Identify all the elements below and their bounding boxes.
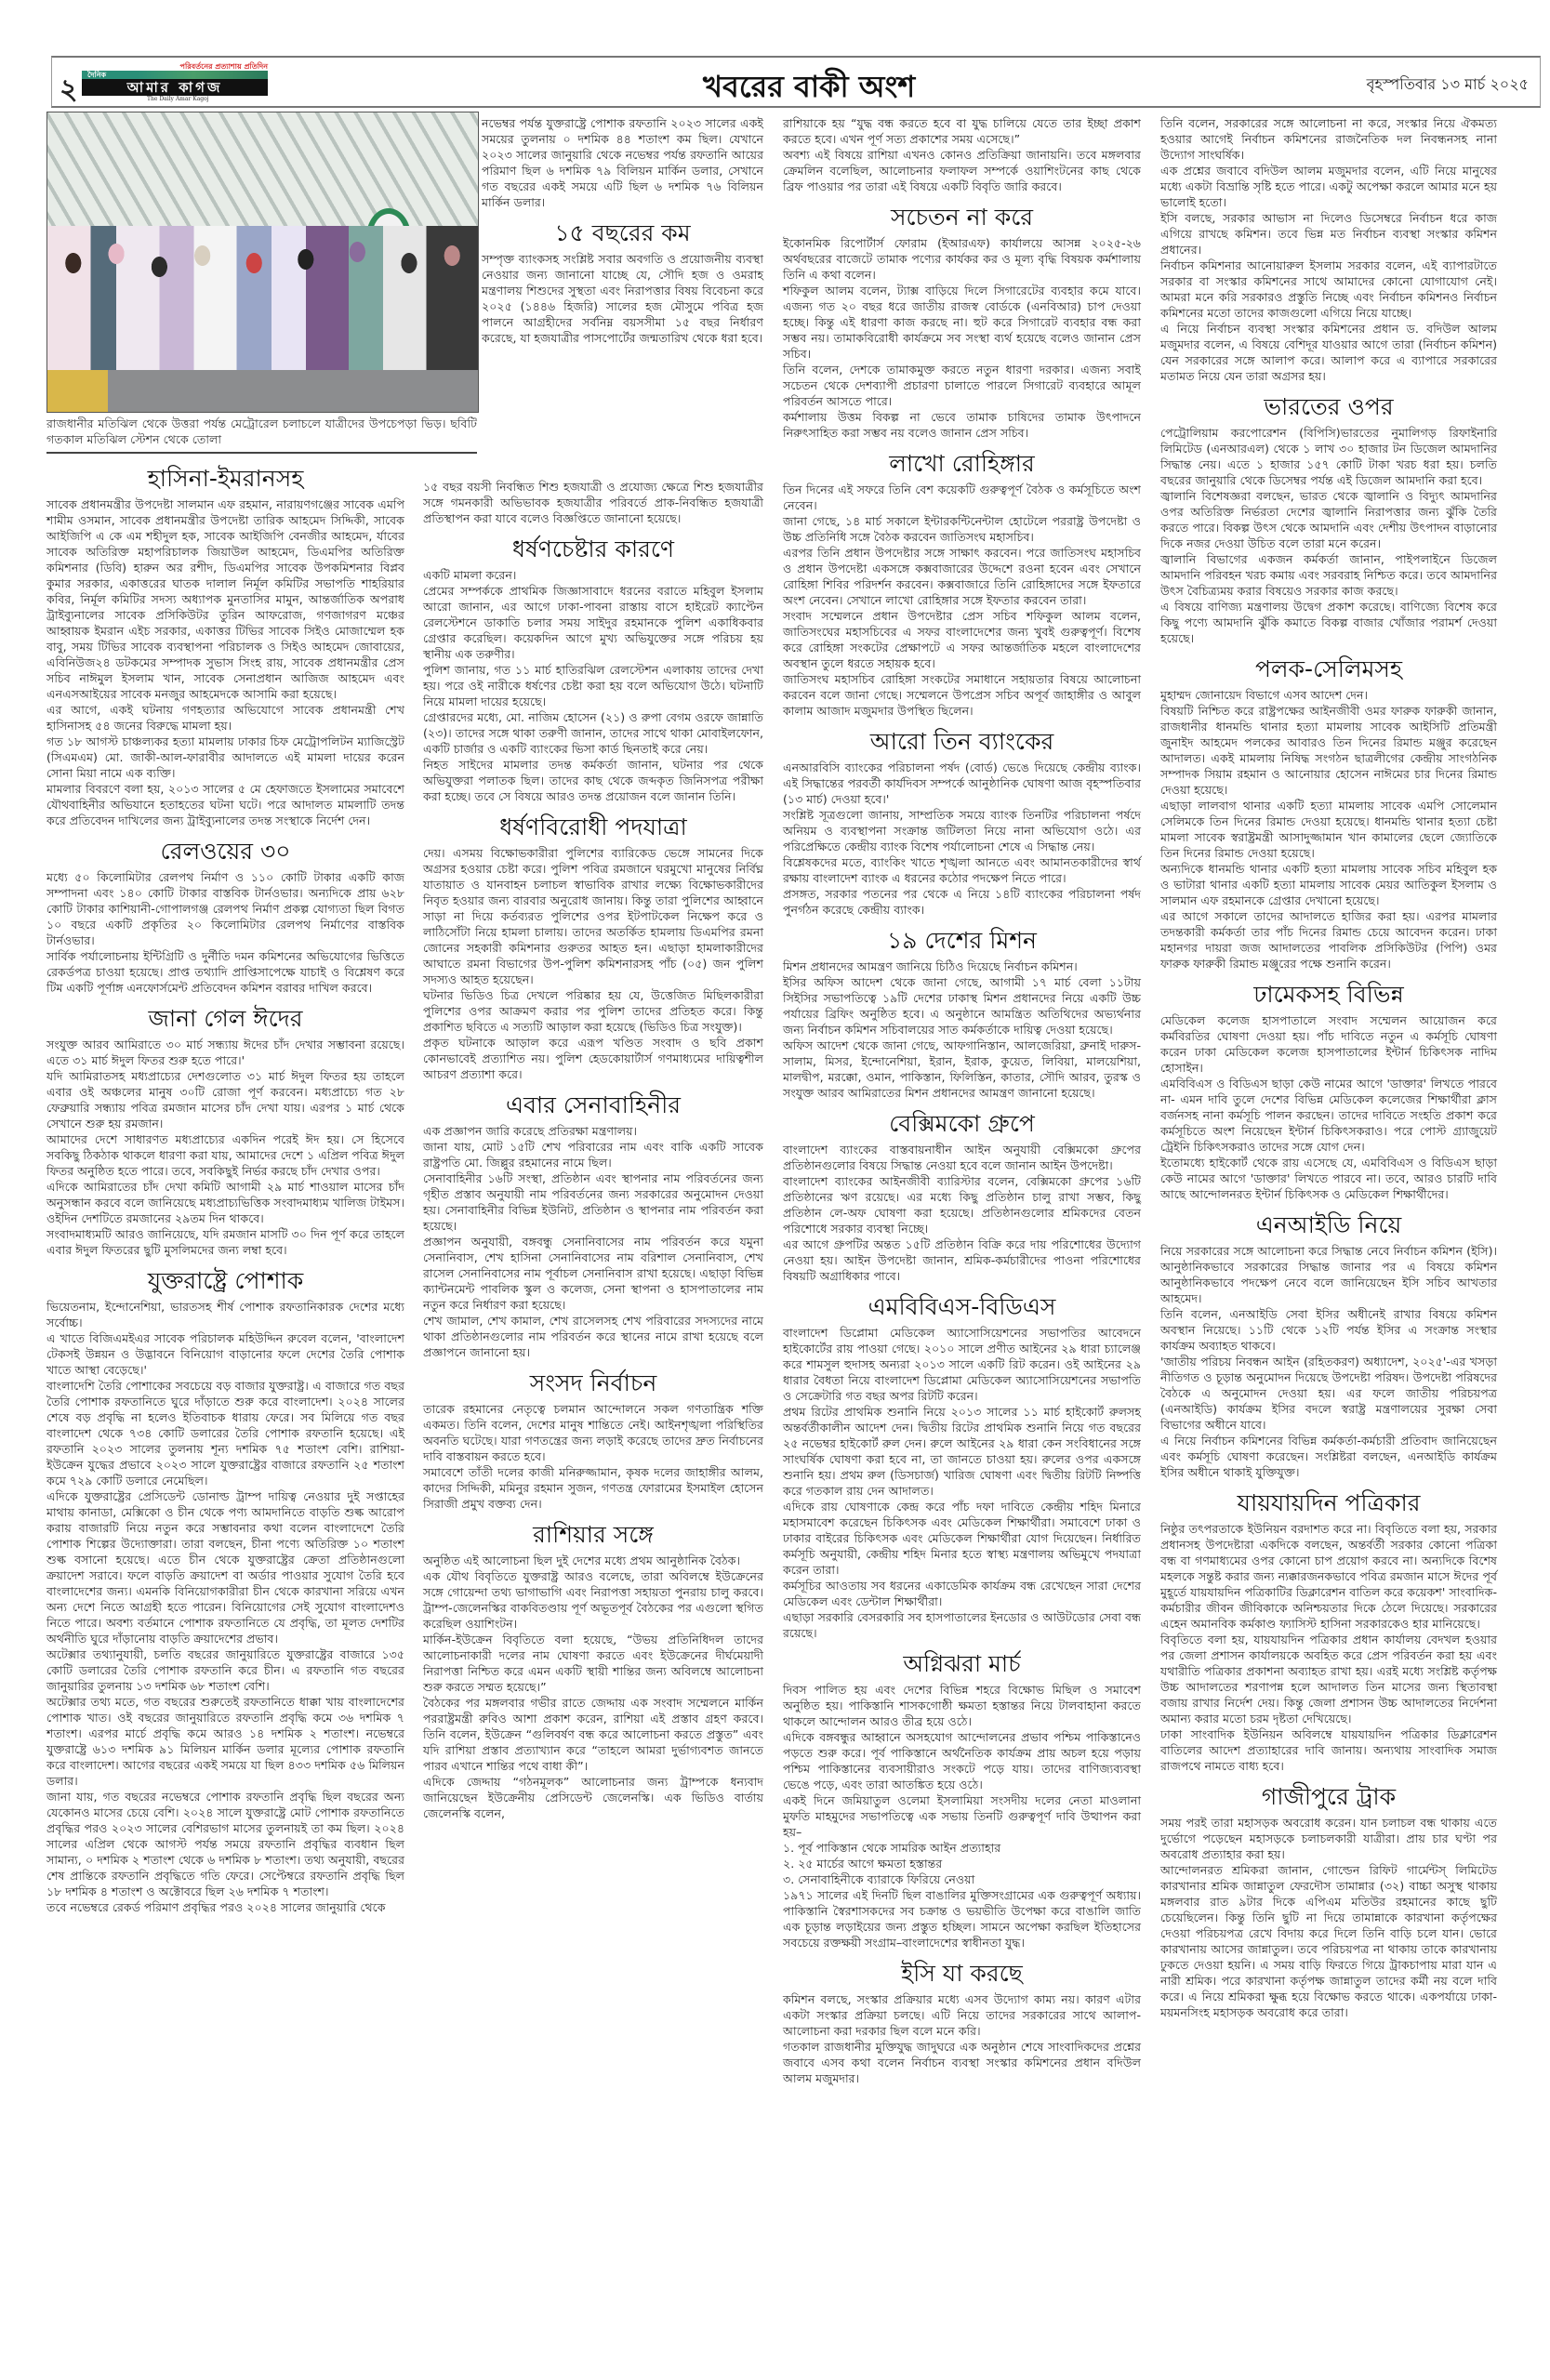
article-rape-attempt: ধর্ষণচেষ্টার কারণে একটি মামলা করেন। প্রে… — [423, 534, 763, 804]
paragraph: সাবেক প্রধানমন্ত্রীর উপদেষ্টা সালমান এফ … — [46, 496, 404, 702]
column-3: রাশিয়াকে হয় “যুদ্ধ বন্ধ করতে হবে বা যু… — [783, 115, 1141, 2086]
paragraph: এ নিয়ে নির্বাচন ব্যবস্থা সংস্কার কমিশনে… — [1160, 321, 1497, 384]
paragraph: জানা যায়, গত বছরের নভেম্বরে পোশাক রফতান… — [46, 1789, 404, 1899]
paragraph: 'জাতীয় পরিচয় নিবন্ধন আইন (রহিতকরণ) অধ্… — [1160, 1354, 1497, 1433]
paragraph: ইসির অফিস আদেশ থেকে জানা গেছে, আগামী ১৭ … — [783, 974, 1141, 1038]
paragraph: দিবস পালিত হয় এবং দেশের বিভিন্ন শহরে বি… — [783, 1682, 1141, 1729]
headline: ১৫ বছরের কম — [482, 218, 763, 249]
paragraph: প্রকৃত ঘটনাকে আড়াল করে এরূপ খণ্ডিত সংবা… — [423, 1035, 763, 1082]
masthead-logo: পরিবর্তনের প্রত্যাশায় প্রতিদিন দৈনিক আম… — [82, 61, 268, 102]
paragraph: মুহাম্মদ জোনায়েদ বিভাগে এসব আদেশ দেন। — [1160, 687, 1497, 703]
paragraph: অনুষ্ঠিত এই আলোচনা ছিল দুই দেশের মধ্যে প… — [423, 1553, 763, 1568]
article-us-garments: যুক্তরাষ্ট্রে পোশাক ভিয়েতনাম, ইন্দোনেশি… — [46, 1265, 404, 1915]
paragraph: এছাড়া সরকারি বেসরকারি সব হাসপাতালের ইনড… — [783, 1609, 1141, 1641]
paragraph: প্রথম রিটের প্রাথমিক শুনানি নিয়ে ২০১৩ স… — [783, 1404, 1141, 1499]
issue-date: বৃহস্পতিবার ১৩ মার্চ ২০২৫ — [1367, 73, 1529, 98]
paragraph: বিষয়টি নিশ্চিত করে রাষ্ট্রপক্ষের আইনজীব… — [1160, 703, 1497, 798]
paragraph: তিনি বলেন, দেশকে তামাকমুক্ত করতে নতুন ধা… — [783, 362, 1141, 409]
paragraph: আমাদের দেশে সাধারণত মধ্যপ্রাচ্যের একদিন … — [46, 1131, 404, 1179]
paragraph: তিনি বলেন, সরকারের সঙ্গে আলোচনা না করে, … — [1160, 115, 1497, 163]
paragraph: নিয়ে সরকারের সঙ্গে আলোচনা করে সিদ্ধান্ত… — [1160, 1243, 1497, 1306]
paragraph: ইসি বলছে, সরকার আভাস না দিলেও ডিসেম্বরে … — [1160, 210, 1497, 258]
paragraph: গত ১৮ আগস্ট চাঞ্চল্যকর হত্যা মামলায় ঢাক… — [46, 734, 404, 781]
paragraph: বিশ্লেষকদের মতে, ব্যাংকিং খাতে শৃঙ্খলা আ… — [783, 854, 1141, 886]
page-header: ২ পরিবর্তনের প্রত্যাশায় প্রতিদিন দৈনিক … — [51, 56, 1541, 108]
paragraph: দেয়। এসময় বিক্ষোভকারীরা পুলিশের ব্যারি… — [423, 845, 763, 987]
paragraph: ইতোমধ্যে হাইকোর্ট থেকে রায় এসেছে যে, এম… — [1160, 1155, 1497, 1202]
paragraph: এদিকে বঙ্গবন্ধুর আহ্বানে অসহযোগ আন্দোলনে… — [783, 1729, 1141, 1792]
headline: এবার সেনাবাহিনীর — [423, 1090, 763, 1121]
paragraph: এরপর তিনি প্রধান উপদেষ্টার সঙ্গে সাক্ষাৎ… — [783, 545, 1141, 608]
article-gazipur-truck: গাজীপুরে ট্রাক সময় পরই তারা মহাসড়ক অবর… — [1160, 1781, 1497, 2020]
paragraph: তবে নভেম্বরে রেকর্ড পরিমাণ প্রবৃদ্ধির পর… — [46, 1899, 404, 1915]
paragraph: এর আগে, একই ঘটনায় গণহত্যার অভিযোগে সাবে… — [46, 702, 404, 734]
article-beximco: বেক্সিমকো গ্রুপে বাংলাদেশ ব্যাংকের বাস্ত… — [783, 1108, 1141, 1284]
paragraph: একই দিনে জমিয়াতুল ওলেমা ইসলামিয়া সংসদী… — [783, 1792, 1141, 1840]
logo-english: The Daily Amar Kagoj — [147, 96, 209, 102]
paragraph: সংশ্লিষ্ট সূত্রগুলো জানায়, সাম্প্রতিক স… — [783, 807, 1141, 854]
headline: হাসিনা-ইমরানসহ — [46, 463, 404, 495]
platform-floor — [47, 370, 478, 412]
paragraph: জ্বালানি বিভাগের একজন কর্মকর্তা জানান, প… — [1160, 551, 1497, 599]
paragraph: অন্যদিকে ধানমন্ডি থানার একটি হত্যা মামলা… — [1160, 861, 1497, 908]
paragraph: নির্বাচন কমিশনার আনোয়ারুল ইসলাম সরকার ব… — [1160, 258, 1497, 321]
page-number: ২ — [60, 67, 78, 114]
logo-name: আমার কাগজ — [82, 79, 268, 96]
paragraph: সংযুক্ত আরব আমিরাতে ৩০ মার্চ সন্ধ্যায় ঈ… — [46, 1037, 404, 1068]
paragraph: পেট্রোলিয়াম করপোরেশন (বিপিসি)ভারতের নুম… — [1160, 425, 1497, 488]
paragraph: জাতিসংঘ মহাসচিব রোহিঙ্গা সংকটের সমাধানে … — [783, 671, 1141, 719]
headline: রাশিয়ার সঙ্গে — [423, 1519, 763, 1551]
paragraph: কর্মশালায় উত্তম বিকল্প না ভেবে তামাক চা… — [783, 409, 1141, 441]
list-item: ৩. সেনাবাহিনীকে ব্যারাকে ফিরিয়ে নেওয়া — [783, 1871, 1141, 1887]
paragraph: সমাবেশে তাঁতী দলের কাজী মনিরুজ্জামান, কৃ… — [423, 1464, 763, 1512]
paragraph: অফিস আদেশ থেকে জানা গেছে, আফগানিস্তান, আ… — [783, 1038, 1141, 1101]
section-title: খবরের বাকী অংশ — [703, 63, 915, 113]
paragraph: ১৫ বছর বয়সী নিবন্ধিত শিশু হজযাত্রী ও প্… — [423, 479, 763, 526]
paragraph: জানা যায়, মোট ১৫টি শেখ পরিবারের নাম এবং… — [423, 1139, 763, 1170]
headline: পলক-সেলিমসহ — [1160, 654, 1497, 685]
paragraph: প্রসঙ্গত, সরকার পতনের পর থেকে এ নিয়ে ১৪… — [783, 886, 1141, 918]
paragraph: নভেম্বর পর্যন্ত যুক্তরাষ্ট্রে পোশাক রফতা… — [482, 115, 763, 210]
paragraph: কর্মসূচির আওতায় সব ধরনের একাডেমিক কার্য… — [783, 1578, 1141, 1609]
headline: যায়যায়দিন পত্রিকার — [1160, 1487, 1497, 1519]
article-army-renaming: এবার সেনাবাহিনীর এক প্রজ্ঞাপন জারি করেছে… — [423, 1090, 763, 1360]
article-hasina-imran: হাসিনা-ইমরানসহ সাবেক প্রধানমন্ত্রীর উপদে… — [46, 463, 404, 828]
column-1: হাসিনা-ইমরানসহ সাবেক প্রধানমন্ত্রীর উপদে… — [46, 456, 404, 1915]
headline: ১৯ দেশের মিশন — [783, 925, 1141, 957]
paragraph: যদি আমিরাতসহ মধ্যপ্রাচ্যের দেশগুলোত ৩১ ম… — [46, 1068, 404, 1131]
paragraph: প্রজ্ঞাপন অনুযায়ী, বঙ্গবন্ধু সেনানিবাসে… — [423, 1234, 763, 1313]
paragraph: এ নিয়ে নির্বাচন কমিশনের বিভিন্ন কর্মকর্… — [1160, 1433, 1497, 1480]
paragraph: এর আগে গ্রুপটির অন্তত ১৫টি প্রতিষ্ঠান বি… — [783, 1236, 1141, 1284]
newspaper-page: ২ পরিবর্তনের প্রত্যাশায় প্রতিদিন দৈনিক … — [0, 0, 1550, 2380]
article-rohingya: লাখো রোহিঙ্গার তিন দিনের এই সফরে তিনি বে… — [783, 448, 1141, 719]
paragraph: বাংলাদেশি তৈরি পোশাকের সবচেয়ে বড় বাজার… — [46, 1378, 404, 1488]
paragraph: এদিকে যুক্তরাষ্ট্রের প্রেসিডেন্ট ডোনাল্ড… — [46, 1488, 404, 1646]
article-eid-moon: জানা গেল ঈদের সংযুক্ত আরব আমিরাতে ৩০ মার… — [46, 1003, 404, 1258]
paragraph: অটেক্সার তথ্য মতে, গত বছরের শুরুতেই রফতা… — [46, 1694, 404, 1789]
paragraph: এ বিষয়ে বাণিজ্য মন্ত্রণালয় উদ্বেগ প্রক… — [1160, 599, 1497, 646]
article-parliament-election: সংসদ নির্বাচন তারেক রহমানের নেতৃত্বে চলম… — [423, 1368, 763, 1512]
paragraph: কমিশন বলছে, সংস্কার প্রক্রিয়ার মধ্যে এস… — [783, 1991, 1141, 2039]
paragraph: ইকোনমিক রিপোর্টার্স ফোরাম (ইআরএফ) কার্যা… — [783, 235, 1141, 283]
paragraph: এক প্রজ্ঞাপন জারি করেছে প্রতিরক্ষা মন্ত্… — [423, 1123, 763, 1139]
paragraph: সার্বিক পর্যালোচনায় ইন্টিগ্রিটি ও দুর্ন… — [46, 948, 404, 996]
paragraph: শেখ জামাল, শেখ কামাল, শেখ রাসেলসহ শেখ পর… — [423, 1313, 763, 1360]
headline: জানা গেল ঈদের — [46, 1003, 404, 1035]
divider — [46, 452, 477, 454]
column-2: ১৫ বছর বয়সী নিবন্ধিত শিশু হজযাত্রী ও প্… — [423, 479, 763, 1821]
paragraph: এ খাতে বিজিএমইএর সাবেক পরিচালক মহিউদ্দিন… — [46, 1330, 404, 1378]
paragraph: এর আগে সকালে তাদের আদালতে হাজির করা হয়।… — [1160, 908, 1497, 972]
paragraph: মার্কিন-ইউক্রেন বিবৃতিতে বলা হয়েছে, “উভ… — [423, 1632, 763, 1695]
paragraph: প্রেমের সম্পর্ককে প্রাথমিক জিজ্ঞাসাবাদে … — [423, 583, 763, 662]
headline: বেক্সিমকো গ্রুপে — [783, 1108, 1141, 1140]
article-three-banks: আরো তিন ব্যাংকের এনআরবিসি ব্যাংকের পরিচা… — [783, 726, 1141, 918]
paragraph: আন্দোলনরত শ্রমিকরা জানান, গোল্ডেন রিফিট … — [1160, 1862, 1497, 2020]
paragraph: মধ্যে ৫০ কিলোমিটার রেলপথ নির্মাণ ও ১১০ ক… — [46, 869, 404, 948]
paragraph: ঘটনার ভিডিও চিত্র দেখলে পরিষ্কার হয় যে,… — [423, 987, 763, 1035]
article-over-india: ভারতের ওপর পেট্রোলিয়াম করপোরেশন (বিপিসি… — [1160, 391, 1497, 646]
paragraph: সেনাবাহিনীর ১৬টি সংস্থা, প্রতিষ্ঠান এবং … — [423, 1170, 763, 1234]
paragraph: গ্রেপ্তারদের মধ্যে, মো. নাজিম হোসেন (২১)… — [423, 709, 763, 757]
article-palak-selim: পলক-সেলিমসহ মুহাম্মদ জোনায়েদ বিভাগে এসব… — [1160, 654, 1497, 972]
paragraph: ১৯৭১ সালের এই দিনটি ছিল বাঙালির মুক্তিসং… — [783, 1887, 1141, 1950]
paragraph: বাংলাদেশ ডিপ্লোমা মেডিকেল অ্যাসোসিয়েশনে… — [783, 1325, 1141, 1404]
list-item: ১. পূর্ব পাকিস্তান থেকে সামরিক আইন প্রত্… — [783, 1840, 1141, 1856]
paragraph: মিশন প্রধানদের আমন্ত্রণ জানিয়ে চিঠিও দি… — [783, 959, 1141, 974]
paragraph: বিবৃতিতে বলা হয়, যায়যায়দিন পত্রিকার প… — [1160, 1632, 1497, 1726]
article-railway-30: রেলওয়ের ৩০ মধ্যে ৫০ কিলোমিটার রেলপথ নির… — [46, 836, 404, 996]
headline: আরো তিন ব্যাংকের — [783, 726, 1141, 758]
article-dmch: ঢামেকসহ বিভিন্ন মেডিকেল কলেজ হাসপাতালে স… — [1160, 979, 1497, 1202]
paragraph: এদিকে রায় ঘোষণাকে কেন্দ্র করে পাঁচ দফা … — [783, 1499, 1141, 1578]
article-not-aware: সচেতন না করে ইকোনমিক রিপোর্টার্স ফোরাম (… — [783, 202, 1141, 441]
headline: ধর্ষণবিরোধী পদযাত্রা — [423, 812, 763, 843]
headline: সচেতন না করে — [783, 202, 1141, 233]
headline: ইসি যা করছে — [783, 1958, 1141, 1990]
photo-caption: রাজধানীর মতিঝিল থেকে উত্তরা পর্যন্ত মেট্… — [46, 416, 477, 447]
paragraph: তিন দিনের এই সফরে তিনি বেশ কয়েকটি গুরুত… — [783, 482, 1141, 513]
paragraph: পুলিশ জানায়, গত ১১ মার্চ হাতিরঝিল রেলস্… — [423, 662, 763, 709]
headline: ভারতের ওপর — [1160, 391, 1497, 423]
article-ec-doing: ইসি যা করছে কমিশন বলছে, সংস্কার প্রক্রিয… — [783, 1958, 1141, 2086]
paragraph: এদিকে আমিরাতের চাঁদ দেখা কমিটি আগামী ২৯ … — [46, 1179, 404, 1226]
article-nid: এনআইডি নিয়ে নিয়ে সরকারের সঙ্গে আলোচনা … — [1160, 1210, 1497, 1480]
paragraph: নিষ্ঠুর তৎপরতাকে ইউনিয়ন বরদাশত করে না। … — [1160, 1521, 1497, 1632]
list-item: ২. ২৫ মার্চের আগে ক্ষমতা হস্তান্তর — [783, 1856, 1141, 1871]
paragraph: একটি মামলা করেন। — [423, 567, 763, 583]
headline: রেলওয়ের ৩০ — [46, 836, 404, 867]
paragraph: নিহত সাইদের মামলার তদন্ত কর্মকর্তা জানান… — [423, 757, 763, 804]
headline: অগ্নিঝরা মার্চ — [783, 1648, 1141, 1680]
headline: লাখো রোহিঙ্গার — [783, 448, 1141, 480]
article-fiery-march: অগ্নিঝরা মার্চ দিবস পালিত হয় এবং দেশের … — [783, 1648, 1141, 1950]
paragraph: অটেক্সার তথ্যানুযায়ী, চলতি বছরের জানুয়… — [46, 1646, 404, 1694]
paragraph: সম্পৃক্ত ব্যাংকসহ সংশ্লিষ্ট সবার অবগতি ও… — [482, 251, 763, 346]
paragraph: এক প্রশ্নের জবাবে বদিউল আলম মজুমদার বলেন… — [1160, 163, 1497, 210]
headline: যুক্তরাষ্ট্রে পোশাক — [46, 1265, 404, 1297]
paragraph: জানা গেছে, ১৪ মার্চ সকালে ইন্টারকন্টিনেন… — [783, 513, 1141, 545]
article-anti-rape-march: ধর্ষণবিরোধী পদযাত্রা দেয়। এসময় বিক্ষোভ… — [423, 812, 763, 1082]
headline: সংসদ নির্বাচন — [423, 1368, 763, 1399]
paragraph: সময় পরই তারা মহাসড়ক অবরোধ করেন। যান চল… — [1160, 1815, 1497, 1862]
headline: এনআইডি নিয়ে — [1160, 1210, 1497, 1241]
paragraph: বৈঠকের পর মঙ্গলবার গভীর রাতে জেদ্দায় এক… — [423, 1695, 763, 1774]
column-4: তিনি বলেন, সরকারের সঙ্গে আলোচনা না করে, … — [1160, 115, 1497, 2020]
article-with-russia: রাশিয়ার সঙ্গে অনুষ্ঠিত এই আলোচনা ছিল দু… — [423, 1519, 763, 1821]
paragraph: এক যৌথ বিবৃতিতে যুক্তরাষ্ট্র আরও বলেছে, … — [423, 1568, 763, 1632]
paragraph: এনআরবিসি ব্যাংকের পরিচালনা পর্ষদ (বোর্ড)… — [783, 760, 1141, 807]
logo-strip: দৈনিক — [82, 71, 268, 79]
paragraph: গতকাল রাজধানীর মুক্তিযুদ্ধ জাদুঘরে এক অন… — [783, 2039, 1141, 2086]
paragraph: সংবাদমাধ্যমটি আরও জানিয়েছে, যদি রমজান ম… — [46, 1226, 404, 1258]
headline: ধর্ষণচেষ্টার কারণে — [423, 534, 763, 565]
paragraph: জ্বালানি বিশেষজ্ঞরা বলছেন, ভারত থেকে জ্ব… — [1160, 488, 1497, 551]
paragraph: এছাড়া লালবাগ থানার একটি হত্যা মামলায় স… — [1160, 798, 1497, 861]
article-jaijaidin: যায়যায়দিন পত্রিকার নিষ্ঠুর তৎপরতাকে ইউ… — [1160, 1487, 1497, 1774]
article-mbbs-bds: এমবিবিএস-বিডিএস বাংলাদেশ ডিপ্লোমা মেডিকে… — [783, 1291, 1141, 1641]
paragraph: রাশিয়াকে হয় “যুদ্ধ বন্ধ করতে হবে বা যু… — [783, 115, 1141, 147]
paragraph: বাংলাদেশ ব্যাংকের বাস্তবায়নাধীন আইন অনু… — [783, 1142, 1141, 1173]
paragraph: বাংলাদেশ ব্যাংকের আইনজীবী ব্যারিস্টার বল… — [783, 1173, 1141, 1236]
paragraph: মামলার বিবরণে বলা হয়, ২০১৩ সালের ৫ মে হ… — [46, 781, 404, 828]
paragraph: ঢাকা সাংবাদিক ইউনিয়ন অবিলম্বে যায়যায়দ… — [1160, 1726, 1497, 1774]
paragraph: ভিয়েতনাম, ইন্দোনেশিয়া, ভারতসহ শীর্ষ পো… — [46, 1299, 404, 1330]
paragraph: এদিকে জেদ্দায় “গঠনমূলক” আলোচনার জন্য ট্… — [423, 1774, 763, 1821]
headline: এমবিবিএস-বিডিএস — [783, 1291, 1141, 1323]
paragraph: মেডিকেল কলেজ হাসপাতালে সংবাদ সম্মেলন আয়… — [1160, 1012, 1497, 1076]
paragraph: তারেক রহমানের নেতৃত্বে চলমান আন্দোলনে সক… — [423, 1401, 763, 1464]
paragraph: তিনি বলেন, এনআইডি সেবা ইসির অধীনেই রাখার… — [1160, 1306, 1497, 1354]
column-2-top: নভেম্বর পর্যন্ত যুক্তরাষ্ট্রে পোশাক রফতা… — [482, 115, 763, 346]
paragraph: শফিকুল আলম বলেন, ট্যাক্স বাড়িয়ে দিলে স… — [783, 283, 1141, 362]
news-photo-metro-crowd — [46, 112, 479, 413]
headline: গাজীপুরে ট্রাক — [1160, 1781, 1497, 1813]
paragraph: সংবাদ সম্মেলনে প্রধান উপদেষ্টার প্রেস সচ… — [783, 608, 1141, 671]
headline: ঢামেকসহ বিভিন্ন — [1160, 979, 1497, 1011]
article-19-missions: ১৯ দেশের মিশন মিশন প্রধানদের আমন্ত্রণ জা… — [783, 925, 1141, 1101]
paragraph: অবশ্য এই বিষয়ে রাশিয়া এখনও কোনও প্রতিক… — [783, 147, 1141, 194]
paragraph: এমবিবিএস ও বিডিএস ছাড়া কেউ নামের আগে 'ড… — [1160, 1076, 1497, 1155]
article-hajj-age-limit: ১৫ বছরের কম সম্পৃক্ত ব্যাংকসহ সংশ্লিষ্ট … — [482, 218, 763, 346]
